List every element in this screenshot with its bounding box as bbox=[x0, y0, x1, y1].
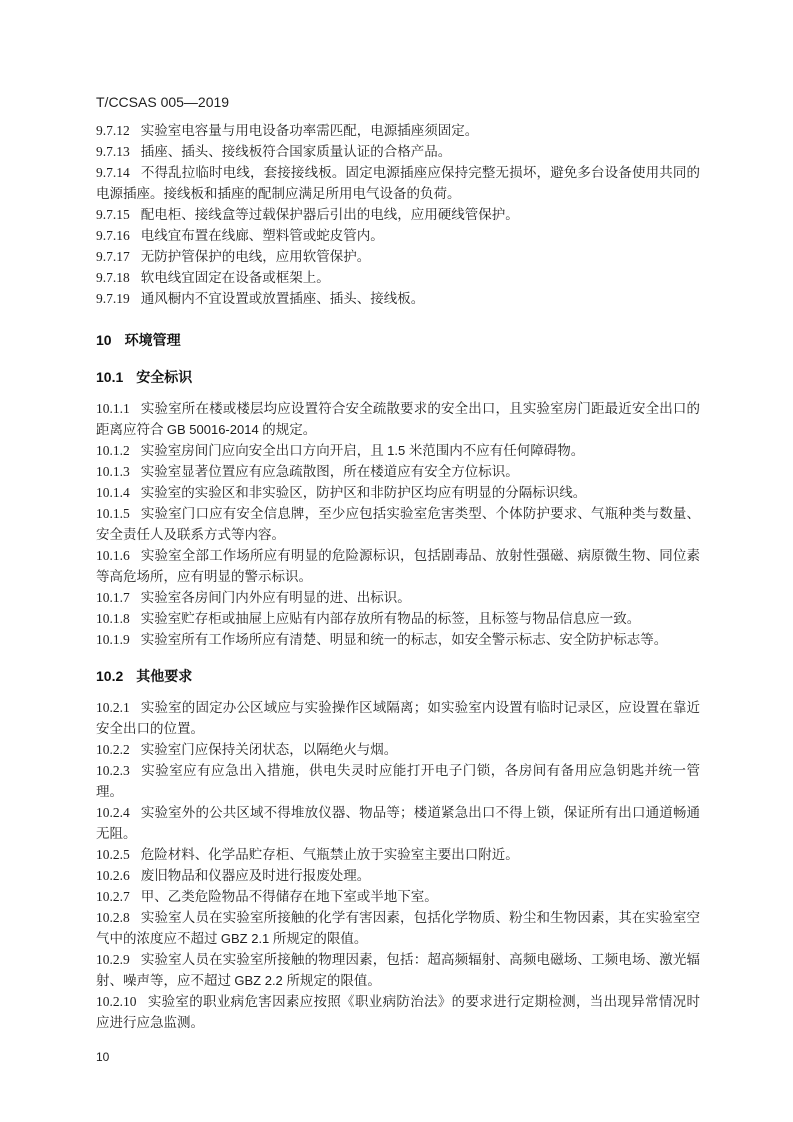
clause-text: 软电线宜固定在设备或框架上。 bbox=[141, 270, 330, 285]
clause-number: 10.1.2 bbox=[96, 443, 130, 458]
clause-text: 实验室电容量与用电设备功率需匹配，电源插座须固定。 bbox=[141, 123, 479, 138]
latin-text: GBZ 2.1 bbox=[221, 931, 273, 946]
document-body: 9.7.12实验室电容量与用电设备功率需匹配，电源插座须固定。9.7.13插座、… bbox=[96, 120, 700, 1033]
heading-text: 环境管理 bbox=[125, 332, 181, 348]
clause-number: 10.1.1 bbox=[96, 401, 130, 416]
clause-text: 配电柜、接线盒等过载保护器后引出的电线，应用硬线管保护。 bbox=[141, 207, 519, 222]
clause-10.1.3: 10.1.3实验室显著位置应有应急疏散图，所在楼道应有安全方位标识。 bbox=[96, 461, 700, 482]
clause-text: 实验室人员在实验室所接触的物理因素，包括：超高频辐射、高频电磁场、工频电场、激光… bbox=[96, 952, 700, 988]
clause-text: 实验室应有应急出入措施，供电失灵时应能打开电子门锁，各房间有备用应急钥匙并统一管… bbox=[96, 763, 700, 799]
clause-text: 不得乱拉临时电线，套接接线板。固定电源插座应保持完整无损坏，避免多台设备使用共同… bbox=[96, 165, 700, 201]
clause-number: 10.2.2 bbox=[96, 742, 130, 757]
clause-number: 10.1.7 bbox=[96, 590, 130, 605]
heading-number: 10.1 bbox=[96, 369, 123, 385]
clause-text: 实验室所有工作场所应有清楚、明显和统一的标志，如安全警示标志、安全防护标志等。 bbox=[141, 632, 668, 647]
clause-text: 实验室人员在实验室所接触的化学有害因素，包括化学物质、粉尘和生物因素，其在实验室… bbox=[96, 910, 700, 946]
section-heading-10: 10环境管理 bbox=[96, 330, 700, 351]
clause-number: 10.2.10 bbox=[96, 994, 137, 1009]
clause-text: 危险材料、化学品贮存柜、气瓶禁止放于实验室主要出口附近。 bbox=[141, 847, 519, 862]
clause-9.7.14: 9.7.14不得乱拉临时电线，套接接线板。固定电源插座应保持完整无损坏，避免多台… bbox=[96, 162, 700, 204]
clause-10.2.4: 10.2.4实验室外的公共区域不得堆放仪器、物品等；楼道紧急出口不得上锁，保证所… bbox=[96, 802, 700, 844]
clause-number: 9.7.13 bbox=[96, 144, 130, 159]
clause-10.1.6: 10.1.6实验室全部工作场所应有明显的危险源标识，包括剧毒品、放射性强磁、病原… bbox=[96, 545, 700, 587]
clause-10.2.5: 10.2.5危险材料、化学品贮存柜、气瓶禁止放于实验室主要出口附近。 bbox=[96, 844, 700, 865]
clause-9.7.19: 9.7.19通风橱内不宜设置或放置插座、插头、接线板。 bbox=[96, 288, 700, 309]
clause-number: 10.2.9 bbox=[96, 952, 130, 967]
clause-10.2.7: 10.2.7甲、乙类危险物品不得储存在地下室或半地下室。 bbox=[96, 886, 700, 907]
clause-text: 实验室的固定办公区域应与实验操作区域隔离；如实验室内设置有临时记录区，应设置在靠… bbox=[96, 700, 700, 736]
clause-text: 实验室各房间门内外应有明显的进、出标识。 bbox=[141, 590, 411, 605]
clause-text: 实验室门应保持关闭状态，以隔绝火与烟。 bbox=[141, 742, 398, 757]
clause-number: 10.2.6 bbox=[96, 868, 130, 883]
clause-text: 实验室的实验区和非实验区，防护区和非防护区均应有明显的分隔标识线。 bbox=[141, 485, 587, 500]
clause-9.7.17: 9.7.17无防护管保护的电线，应用软管保护。 bbox=[96, 246, 700, 267]
clause-number: 10.2.7 bbox=[96, 889, 130, 904]
document-content: T/CCSAS 005—2019 9.7.12实验室电容量与用电设备功率需匹配，… bbox=[96, 93, 700, 1033]
latin-text: GBZ 2.2 bbox=[234, 973, 286, 988]
clause-number: 9.7.18 bbox=[96, 270, 130, 285]
clause-10.2.1: 10.2.1实验室的固定办公区域应与实验操作区域隔离；如实验室内设置有临时记录区… bbox=[96, 697, 700, 739]
clause-10.2.3: 10.2.3实验室应有应急出入措施，供电失灵时应能打开电子门锁，各房间有备用应急… bbox=[96, 760, 700, 802]
clause-10.1.5: 10.1.5实验室门口应有安全信息牌，至少应包括实验室危害类型、个体防护要求、气… bbox=[96, 503, 700, 545]
clause-text: 实验室门口应有安全信息牌，至少应包括实验室危害类型、个体防护要求、气瓶种类与数量… bbox=[96, 506, 700, 542]
clause-number: 10.1.6 bbox=[96, 548, 130, 563]
latin-text: 1.5 bbox=[387, 443, 409, 458]
latin-text: GB 50016-2014 bbox=[167, 422, 262, 437]
clause-number: 9.7.19 bbox=[96, 291, 130, 306]
clause-10.1.4: 10.1.4实验室的实验区和非实验区，防护区和非防护区均应有明显的分隔标识线。 bbox=[96, 482, 700, 503]
clause-number: 10.2.5 bbox=[96, 847, 130, 862]
clause-text: 实验室全部工作场所应有明显的危险源标识，包括剧毒品、放射性强磁、病原微生物、同位… bbox=[96, 548, 700, 584]
clause-text: 实验室房间门应向安全出口方向开启，且 1.5 米范围内不应有任何障碍物。 bbox=[141, 443, 585, 458]
clause-number: 9.7.16 bbox=[96, 228, 130, 243]
clause-number: 10.1.9 bbox=[96, 632, 130, 647]
document-standard-code: T/CCSAS 005—2019 bbox=[96, 93, 700, 111]
clause-10.1.1: 10.1.1实验室所在楼或楼层均应设置符合安全疏散要求的安全出口，且实验室房门距… bbox=[96, 398, 700, 440]
clause-number: 9.7.15 bbox=[96, 207, 130, 222]
clause-9.7.15: 9.7.15配电柜、接线盒等过载保护器后引出的电线，应用硬线管保护。 bbox=[96, 204, 700, 225]
subsection-heading-10.1: 10.1安全标识 bbox=[96, 367, 700, 388]
clause-number: 10.1.3 bbox=[96, 464, 130, 479]
clause-number: 10.1.5 bbox=[96, 506, 130, 521]
clause-10.2.9: 10.2.9实验室人员在实验室所接触的物理因素，包括：超高频辐射、高频电磁场、工… bbox=[96, 949, 700, 991]
clause-text: 实验室显著位置应有应急疏散图，所在楼道应有安全方位标识。 bbox=[141, 464, 519, 479]
clause-9.7.16: 9.7.16电线宜布置在线廊、塑料管或蛇皮管内。 bbox=[96, 225, 700, 246]
clause-number: 10.1.4 bbox=[96, 485, 130, 500]
clause-number: 9.7.17 bbox=[96, 249, 130, 264]
document-page: T/CCSAS 005—2019 9.7.12实验室电容量与用电设备功率需匹配，… bbox=[0, 0, 793, 1122]
clause-9.7.18: 9.7.18软电线宜固定在设备或框架上。 bbox=[96, 267, 700, 288]
page-number: 10 bbox=[96, 1050, 109, 1064]
clause-text: 电线宜布置在线廊、塑料管或蛇皮管内。 bbox=[141, 228, 384, 243]
heading-text: 安全标识 bbox=[136, 369, 192, 385]
clause-number: 10.2.4 bbox=[96, 805, 130, 820]
clause-number: 10.2.8 bbox=[96, 910, 130, 925]
clause-9.7.13: 9.7.13插座、插头、接线板符合国家质量认证的合格产品。 bbox=[96, 141, 700, 162]
clause-text: 废旧物品和仪器应及时进行报废处理。 bbox=[141, 868, 371, 883]
clause-10.1.9: 10.1.9实验室所有工作场所应有清楚、明显和统一的标志，如安全警示标志、安全防… bbox=[96, 629, 700, 650]
clause-text: 实验室外的公共区域不得堆放仪器、物品等；楼道紧急出口不得上锁，保证所有出口通道畅… bbox=[96, 805, 700, 841]
clause-number: 10.2.1 bbox=[96, 700, 130, 715]
clause-10.1.8: 10.1.8实验室贮存柜或抽屉上应贴有内部存放所有物品的标签，且标签与物品信息应… bbox=[96, 608, 700, 629]
clause-number: 10.2.3 bbox=[96, 763, 130, 778]
clause-10.1.2: 10.1.2实验室房间门应向安全出口方向开启，且 1.5 米范围内不应有任何障碍… bbox=[96, 440, 700, 461]
subsection-heading-10.2: 10.2其他要求 bbox=[96, 666, 700, 687]
clause-text: 实验室贮存柜或抽屉上应贴有内部存放所有物品的标签，且标签与物品信息应一致。 bbox=[141, 611, 641, 626]
heading-text: 其他要求 bbox=[136, 668, 192, 684]
clause-10.2.10: 10.2.10实验室的职业病危害因素应按照《职业病防治法》的要求进行定期检测，当… bbox=[96, 991, 700, 1033]
clause-10.1.7: 10.1.7实验室各房间门内外应有明显的进、出标识。 bbox=[96, 587, 700, 608]
clause-text: 实验室的职业病危害因素应按照《职业病防治法》的要求进行定期检测，当出现异常情况时… bbox=[96, 994, 700, 1030]
heading-number: 10 bbox=[96, 332, 112, 348]
clause-10.2.2: 10.2.2实验室门应保持关闭状态，以隔绝火与烟。 bbox=[96, 739, 700, 760]
clause-text: 实验室所在楼或楼层均应设置符合安全疏散要求的安全出口，且实验室房门距最近安全出口… bbox=[96, 401, 700, 437]
clause-10.2.8: 10.2.8实验室人员在实验室所接触的化学有害因素，包括化学物质、粉尘和生物因素… bbox=[96, 907, 700, 949]
clause-text: 无防护管保护的电线，应用软管保护。 bbox=[141, 249, 371, 264]
heading-number: 10.2 bbox=[96, 668, 123, 684]
clause-text: 甲、乙类危险物品不得储存在地下室或半地下室。 bbox=[141, 889, 438, 904]
clause-10.2.6: 10.2.6废旧物品和仪器应及时进行报废处理。 bbox=[96, 865, 700, 886]
clause-text: 插座、插头、接线板符合国家质量认证的合格产品。 bbox=[141, 144, 452, 159]
clause-number: 9.7.12 bbox=[96, 123, 130, 138]
clause-number: 9.7.14 bbox=[96, 165, 130, 180]
clause-number: 10.1.8 bbox=[96, 611, 130, 626]
clause-text: 通风橱内不宜设置或放置插座、插头、接线板。 bbox=[141, 291, 425, 306]
clause-9.7.12: 9.7.12实验室电容量与用电设备功率需匹配，电源插座须固定。 bbox=[96, 120, 700, 141]
